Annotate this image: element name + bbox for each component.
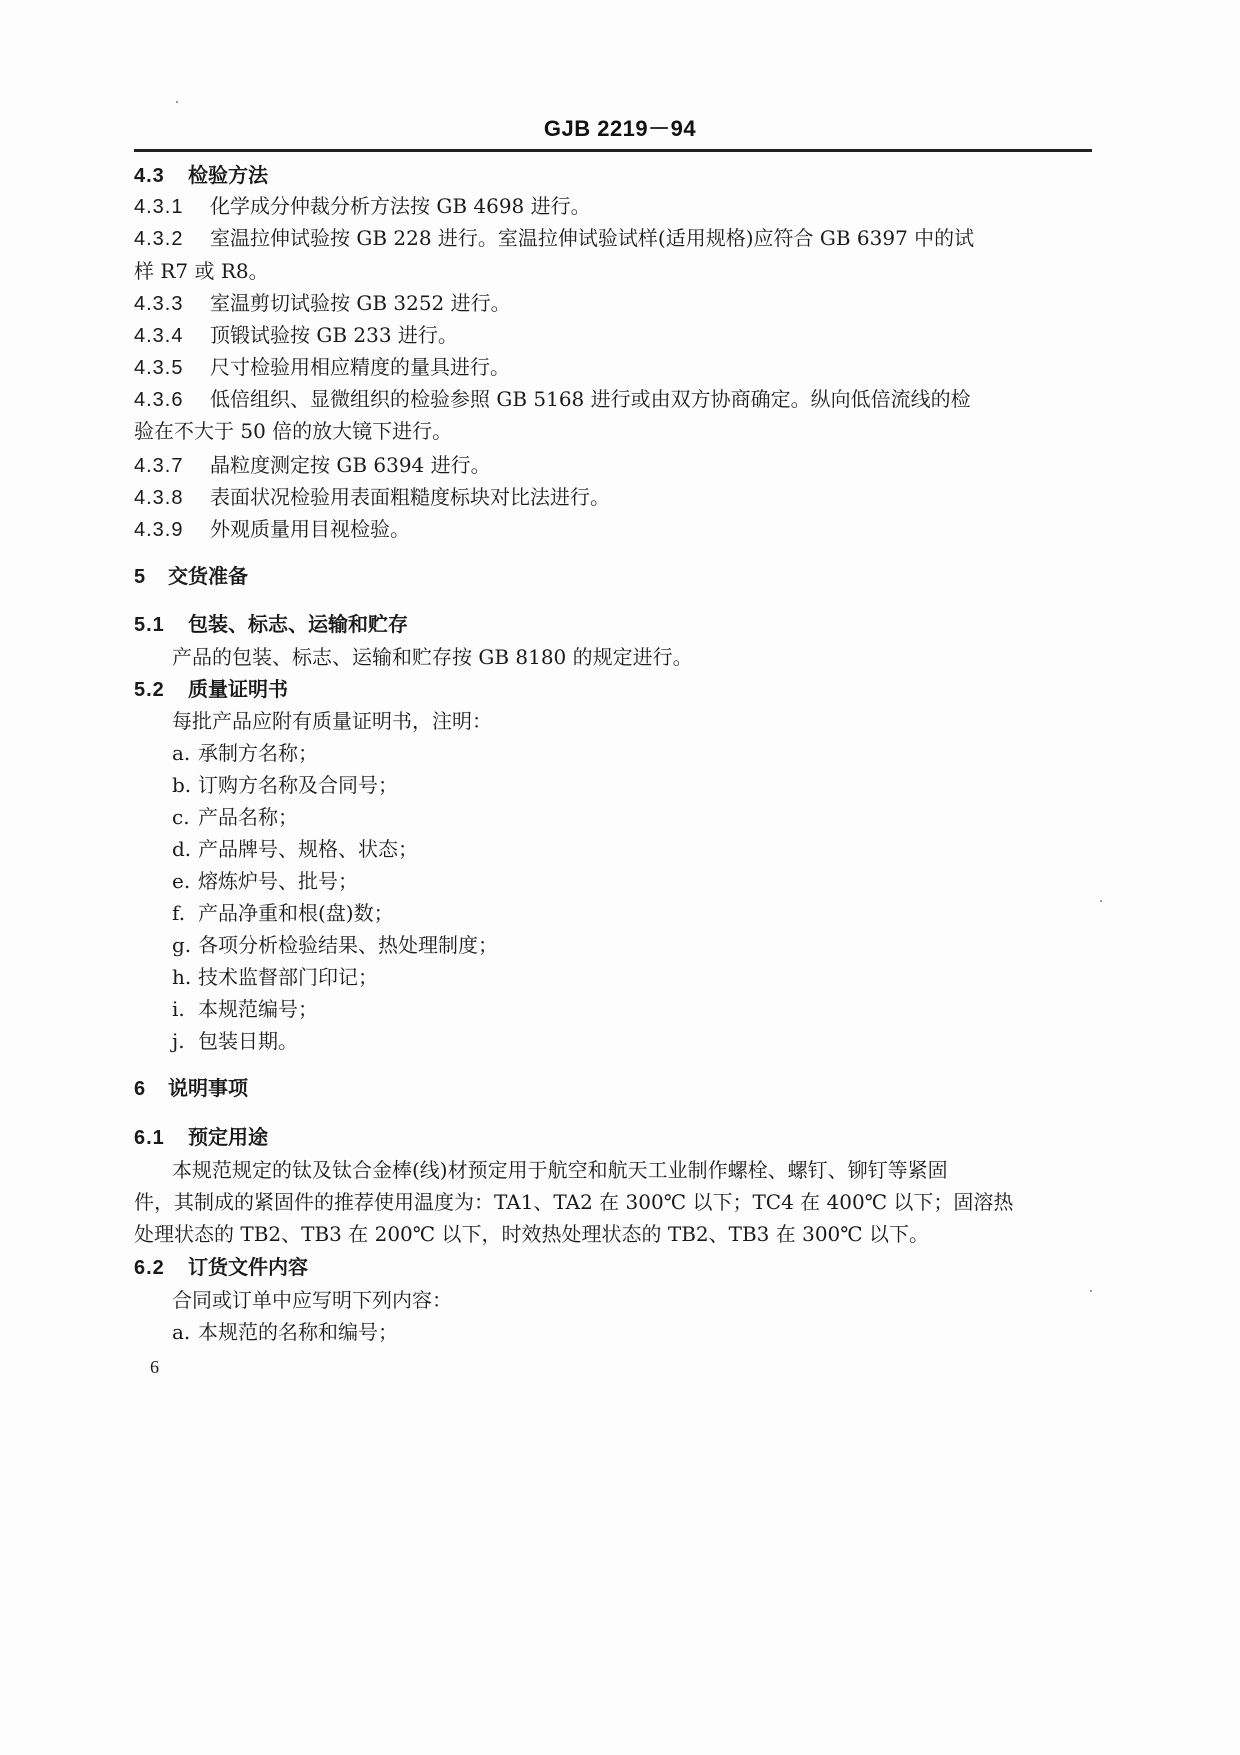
document-page: GJB 2219－94 4.3检验方法 4.3.1化学成分仲裁分析方法按 GB … (0, 0, 1240, 1755)
clause-number: 4.3.1 (134, 194, 210, 220)
list-item: b.订购方名称及合同号； (172, 772, 398, 798)
clause-text: 室温拉伸试验按 GB 228 进行。室温拉伸试验试样(适用规格)应符合 GB 6… (210, 226, 974, 250)
clause-4-3-4: 4.3.4顶锻试验按 GB 233 进行。 (134, 322, 458, 349)
section-heading-4-3: 4.3检验方法 (134, 162, 268, 189)
section-number: 6 (134, 1076, 168, 1102)
list-marker: e. (172, 868, 198, 894)
list-marker: c. (172, 804, 198, 830)
list-marker: j. (172, 1028, 198, 1054)
section-title: 说明事项 (168, 1076, 248, 1100)
clause-4-3-7: 4.3.7晶粒度测定按 GB 6394 进行。 (134, 452, 491, 479)
clause-4-3-2-continuation: 样 R7 或 R8。 (134, 258, 269, 284)
list-marker: g. (172, 932, 198, 958)
list-marker: b. (172, 772, 198, 798)
section-heading-5: 5交货准备 (134, 563, 248, 590)
list-item-text: 各项分析检验结果、热处理制度； (198, 933, 498, 957)
list-item-text: 包装日期。 (198, 1029, 298, 1053)
list-item: g.各项分析检验结果、热处理制度； (172, 932, 498, 958)
list-marker: h. (172, 964, 198, 990)
section-title: 预定用途 (188, 1125, 268, 1149)
section-6-1-line-3: 处理状态的 TB2、TB3 在 200℃ 以下，时效热处理状态的 TB2、TB3… (134, 1221, 929, 1247)
clause-text: 外观质量用目视检验。 (210, 517, 410, 541)
clause-number: 4.3.3 (134, 291, 210, 317)
paragraph-text: 产品的包装、标志、运输和贮存按 GB 8180 的规定进行。 (172, 645, 693, 669)
section-number: 4.3 (134, 163, 188, 189)
section-number: 6.1 (134, 1125, 188, 1151)
document-code-header: GJB 2219－94 (0, 112, 1240, 143)
section-title: 包装、标志、运输和贮存 (188, 612, 408, 636)
list-item: j.包装日期。 (172, 1028, 298, 1054)
section-heading-5-2: 5.2质量证明书 (134, 676, 288, 703)
list-item-text: 承制方名称； (198, 741, 318, 765)
list-item: i.本规范编号； (172, 996, 318, 1022)
list-item-text: 产品名称； (198, 805, 298, 829)
list-item-text: 产品净重和根(盘)数； (198, 901, 394, 925)
clause-4-3-3: 4.3.3室温剪切试验按 GB 3252 进行。 (134, 290, 511, 317)
clause-text: 晶粒度测定按 GB 6394 进行。 (210, 453, 491, 477)
list-item: a.承制方名称； (172, 740, 318, 766)
section-heading-6-2: 6.2订货文件内容 (134, 1254, 308, 1281)
clause-text: 室温剪切试验按 GB 3252 进行。 (210, 291, 511, 315)
section-5-1-body: 产品的包装、标志、运输和贮存按 GB 8180 的规定进行。 (172, 644, 693, 670)
paragraph-text: 件，其制成的紧固件的推荐使用温度为：TA1、TA2 在 300℃ 以下；TC4 … (134, 1190, 1013, 1214)
paragraph-text: 合同或订单中应写明下列内容： (172, 1288, 452, 1312)
list-marker: a. (172, 1319, 198, 1345)
section-heading-6-1: 6.1预定用途 (134, 1124, 268, 1151)
list-marker: a. (172, 740, 198, 766)
section-number: 5.1 (134, 612, 188, 638)
list-item: a.本规范的名称和编号； (172, 1319, 398, 1345)
list-item: c.产品名称； (172, 804, 298, 830)
clause-text: 化学成分仲裁分析方法按 GB 4698 进行。 (210, 194, 591, 218)
clause-text: 低倍组织、显微组织的检验参照 GB 5168 进行或由双方协商确定。纵向低倍流线… (210, 387, 971, 411)
clause-4-3-2: 4.3.2室温拉伸试验按 GB 228 进行。室温拉伸试验试样(适用规格)应符合… (134, 225, 974, 252)
clause-4-3-5: 4.3.5尺寸检验用相应精度的量具进行。 (134, 354, 510, 381)
section-title: 质量证明书 (188, 677, 288, 701)
section-6-1-line-2: 件，其制成的紧固件的推荐使用温度为：TA1、TA2 在 300℃ 以下；TC4 … (134, 1189, 1013, 1215)
section-number: 6.2 (134, 1255, 188, 1281)
list-item-text: 技术监督部门印记； (198, 965, 378, 989)
clause-4-3-9: 4.3.9外观质量用目视检验。 (134, 516, 410, 543)
list-item: h.技术监督部门印记； (172, 964, 378, 990)
clause-number: 4.3.5 (134, 355, 210, 381)
section-5-2-intro: 每批产品应附有质量证明书，注明： (172, 708, 492, 734)
paragraph-text: 处理状态的 TB2、TB3 在 200℃ 以下，时效热处理状态的 TB2、TB3… (134, 1222, 929, 1246)
section-heading-6: 6说明事项 (134, 1075, 248, 1102)
section-title: 订货文件内容 (188, 1255, 308, 1279)
paragraph-text: 本规范规定的钛及钛合金棒(线)材预定用于航空和航天工业制作螺栓、螺钉、铆钉等紧固 (172, 1158, 948, 1182)
section-6-2-intro: 合同或订单中应写明下列内容： (172, 1287, 452, 1313)
clause-number: 4.3.6 (134, 387, 210, 413)
list-item-text: 产品牌号、规格、状态； (198, 837, 418, 861)
clause-text: 顶锻试验按 GB 233 进行。 (210, 323, 458, 347)
list-marker: f. (172, 900, 198, 926)
scan-speck (1100, 900, 1102, 902)
section-number: 5.2 (134, 677, 188, 703)
clause-4-3-1: 4.3.1化学成分仲裁分析方法按 GB 4698 进行。 (134, 193, 591, 220)
list-marker: i. (172, 996, 198, 1022)
section-title: 检验方法 (188, 163, 268, 187)
clause-number: 4.3.2 (134, 226, 210, 252)
clause-number: 4.3.9 (134, 517, 210, 543)
clause-number: 4.3.4 (134, 323, 210, 349)
list-item-text: 订购方名称及合同号； (198, 773, 398, 797)
list-marker: d. (172, 836, 198, 862)
section-6-1-line-1: 本规范规定的钛及钛合金棒(线)材预定用于航空和航天工业制作螺栓、螺钉、铆钉等紧固 (172, 1157, 948, 1183)
section-number: 5 (134, 564, 168, 590)
list-item-text: 本规范的名称和编号； (198, 1320, 398, 1344)
clause-text: 样 R7 或 R8。 (134, 259, 269, 283)
list-item: e.熔炼炉号、批号； (172, 868, 358, 894)
clause-4-3-6: 4.3.6低倍组织、显微组织的检验参照 GB 5168 进行或由双方协商确定。纵… (134, 386, 971, 413)
list-item-text: 熔炼炉号、批号； (198, 869, 358, 893)
list-item: d.产品牌号、规格、状态； (172, 836, 418, 862)
page-number: 6 (150, 1357, 159, 1378)
list-item: f.产品净重和根(盘)数； (172, 900, 394, 926)
paragraph-text: 每批产品应附有质量证明书，注明： (172, 709, 492, 733)
header-divider (134, 149, 1092, 152)
scan-speck (1090, 1290, 1092, 1292)
section-heading-5-1: 5.1包装、标志、运输和贮存 (134, 611, 408, 638)
clause-number: 4.3.7 (134, 453, 210, 479)
list-item-text: 本规范编号； (198, 997, 318, 1021)
clause-text: 验在不大于 50 倍的放大镜下进行。 (134, 419, 452, 443)
clause-number: 4.3.8 (134, 485, 210, 511)
section-title: 交货准备 (168, 564, 248, 588)
clause-text: 表面状况检验用表面粗糙度标块对比法进行。 (210, 485, 610, 509)
clause-text: 尺寸检验用相应精度的量具进行。 (210, 355, 510, 379)
scan-speck (176, 101, 178, 103)
clause-4-3-8: 4.3.8表面状况检验用表面粗糙度标块对比法进行。 (134, 484, 610, 511)
clause-4-3-6-continuation: 验在不大于 50 倍的放大镜下进行。 (134, 418, 452, 444)
